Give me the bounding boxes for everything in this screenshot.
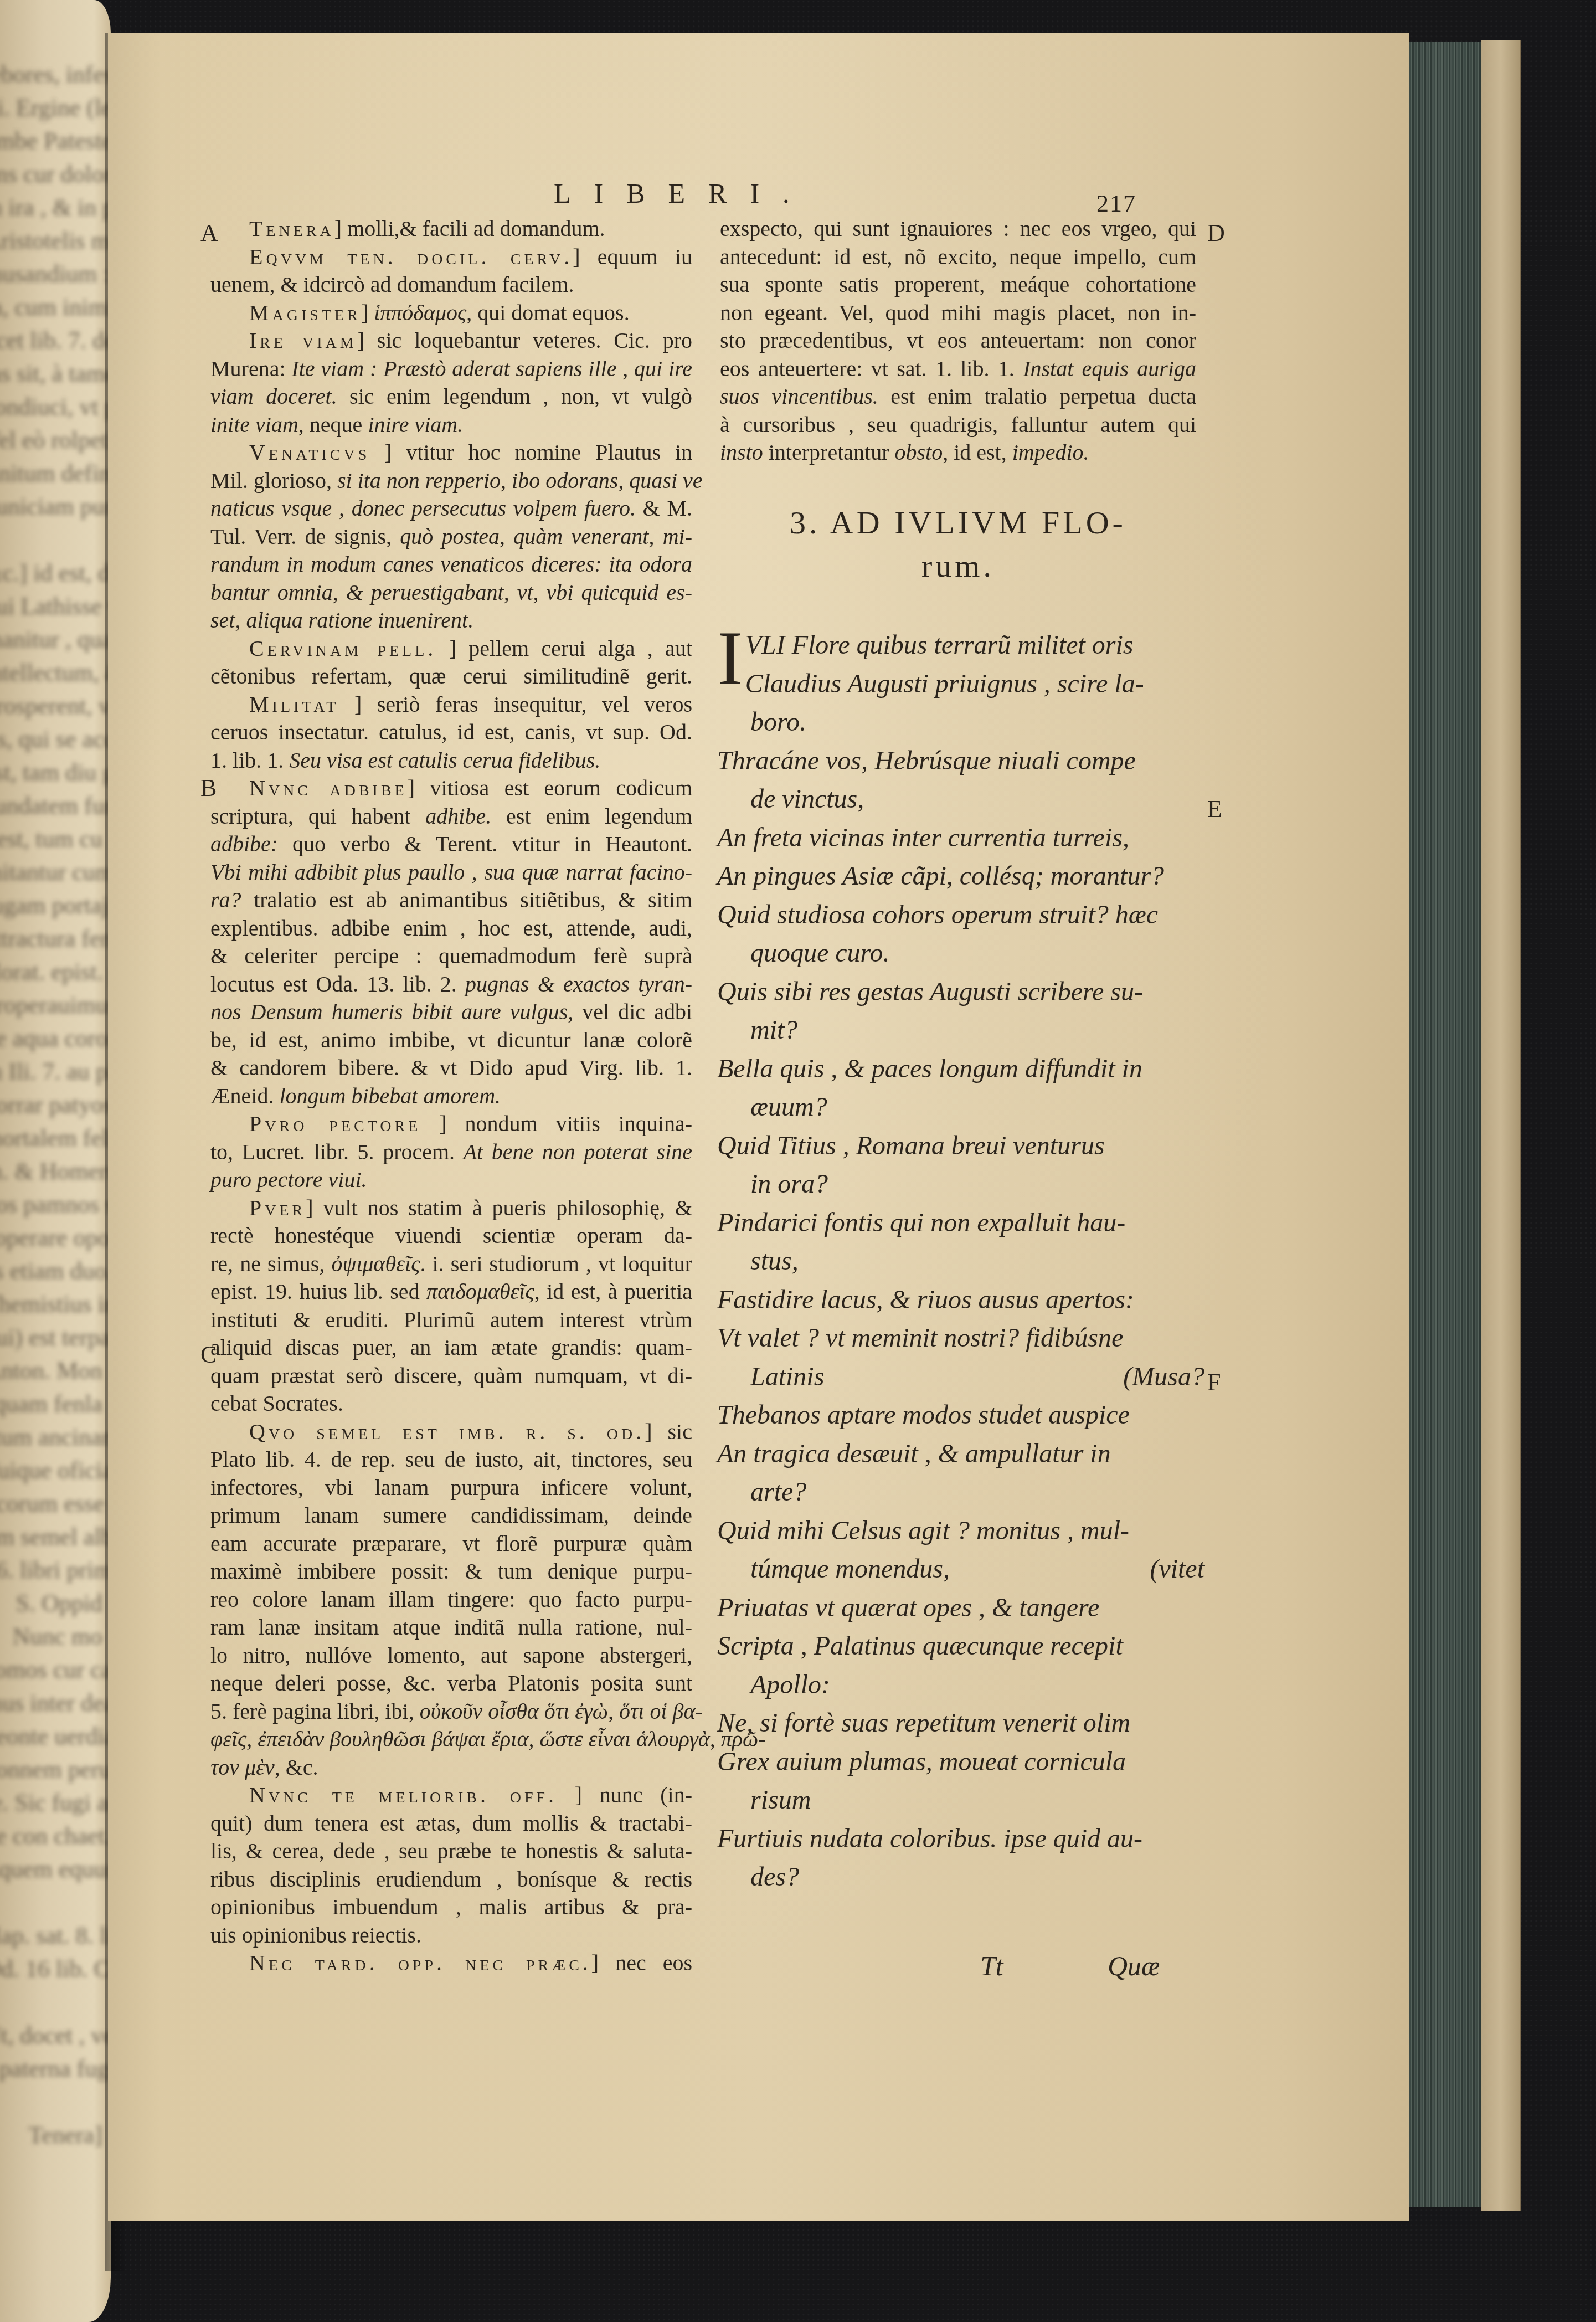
text-span: infectores, vbi lanam purpura inficere v… bbox=[210, 1475, 692, 1500]
text-span: eam accurate præparare, vt florẽ purpuræ… bbox=[210, 1531, 692, 1556]
text-span: ] nondum vitiis inquina- bbox=[421, 1111, 692, 1136]
text-span: ] vult nos statim à pueris philosophię, … bbox=[306, 1195, 692, 1220]
verse-line: arte? bbox=[717, 1473, 1204, 1512]
lemma: Militat bbox=[249, 692, 339, 717]
text-span: lis, & cerea, dede , seu præbe te honest… bbox=[210, 1838, 692, 1863]
text-line: uis opinionibus reiectis. bbox=[210, 1922, 692, 1950]
quotation: Ite viam : Præstò aderat sapiens ille , … bbox=[291, 356, 692, 381]
text-span: , id est, à pueritia bbox=[534, 1279, 692, 1304]
verse-text: Bella quis , & paces longum diffundit in bbox=[717, 1054, 1142, 1083]
text-span: scriptura, qui habent bbox=[210, 804, 425, 829]
verse-text: de vinctus, bbox=[750, 784, 864, 814]
lemma: Venaticvs bbox=[249, 440, 370, 465]
text-span: ] seriò feras insequitur, vel veros bbox=[339, 692, 692, 717]
facing-page-line bbox=[0, 1986, 102, 2019]
text-line: ribus disciplinis erudiendum , bonísque … bbox=[210, 1866, 692, 1894]
quotation: pugnas & exactos tyran- bbox=[465, 972, 692, 996]
text-span: eos anteuertere: vt sat. 1. lib. 1. bbox=[720, 356, 1023, 381]
facing-page-line: intellectum, & ina bbox=[0, 656, 102, 690]
facing-page-line: musandium : & tan bbox=[0, 258, 102, 291]
text-span: & candorem bibere. & vt Dido apud Virg. … bbox=[210, 1055, 692, 1080]
text-span: 5. ferè pagina libri, ibi, bbox=[210, 1699, 420, 1724]
verse-text: An tragica desæuit , & ampullatur in bbox=[717, 1439, 1111, 1468]
verse-text: Quid Titius , Romana breui venturus bbox=[717, 1131, 1105, 1160]
facing-page-line bbox=[0, 2085, 102, 2119]
verse-text: An freta vicinas inter currentia turreis… bbox=[717, 823, 1129, 852]
text-line: puro pectore viui. bbox=[210, 1166, 692, 1194]
text-span: opinionibus imbuendum , malis artibus & … bbox=[210, 1894, 692, 1919]
facing-page-line: um semel album id bbox=[0, 1520, 102, 1554]
facing-page-line: comos cur camdi bbox=[0, 1653, 102, 1687]
verse-line: Priuatas vt quærat opes , & tangere bbox=[717, 1589, 1204, 1627]
text-line: sua sponte satis properent, meáque cohor… bbox=[720, 271, 1196, 299]
facing-page-line: Aristotelis mult bbox=[0, 224, 102, 258]
text-line: explentibus. adbibe enim , hoc est, atte… bbox=[210, 915, 692, 943]
facing-page-line: Themistius in ore bbox=[0, 1288, 102, 1321]
text-span: , qui domat equos. bbox=[466, 300, 629, 325]
facing-page-line: lebores, infestum, bbox=[0, 58, 102, 91]
text-span: cebat Socrates. bbox=[210, 1391, 343, 1416]
text-span: vel dic adbi bbox=[573, 999, 692, 1024]
verse-text: Scripta , Palatinus quæcunque recepit bbox=[717, 1631, 1123, 1661]
text-line: Tul. Verr. de signis, quò postea, quàm v… bbox=[210, 523, 692, 551]
lemma: Magister bbox=[249, 300, 361, 325]
quotation: quò postea, quàm venerant, mi- bbox=[400, 524, 692, 549]
text-line: maximè imbibere possit: & tum denique pu… bbox=[210, 1558, 692, 1586]
verse-text: Priuatas vt quærat opes , & tangere bbox=[717, 1593, 1099, 1622]
facing-page-line: mitantur cum qua bbox=[0, 856, 102, 889]
text-span: cẽtonibus refertam, quæ cerui similitudi… bbox=[210, 664, 692, 689]
verse-line: boro. bbox=[717, 703, 1204, 742]
text-span: ceruos insectatur. catulus, id est, cani… bbox=[210, 720, 692, 744]
text-line: cebat Socrates. bbox=[210, 1390, 692, 1418]
text-line: epist. 19. huius lib. sed παιδομαθεῖς, i… bbox=[210, 1278, 692, 1306]
verse-line: æuum? bbox=[717, 1088, 1204, 1127]
text-line: insto interpretantur obsto, id est, impe… bbox=[720, 439, 1196, 467]
text-line: lis, & cerea, dede , seu præbe te honest… bbox=[210, 1837, 692, 1866]
text-span: exspecto, qui sunt ignauiores : nec eos … bbox=[720, 216, 1196, 241]
facing-page-line: Ut, docet , velle bbox=[0, 2019, 102, 2052]
facing-page-line: etum ancinam bbox=[0, 1421, 102, 1454]
text-line: Militat ] seriò feras insequitur, vel ve… bbox=[210, 691, 692, 719]
verse-line: Quis sibi res gestas Augusti scribere su… bbox=[717, 973, 1204, 1011]
text-line: Magister] ἱππόδαμος, qui domat equos. bbox=[210, 299, 692, 327]
text-span: ] vitiosa est eorum codicum bbox=[408, 775, 692, 800]
text-span: à cursoribus , seu quadrigis, falluntur … bbox=[720, 412, 1196, 437]
text-span: maximè imbibere possit: & tum denique pu… bbox=[210, 1559, 692, 1584]
text-span: rectè honestéque viuendi scientiæ operam… bbox=[210, 1223, 692, 1248]
lemma: Eqvvm ten. docil. cerv. bbox=[249, 244, 573, 269]
facing-page-line: neonte uerdia bbox=[0, 1720, 102, 1753]
verse-line: in ora? bbox=[717, 1165, 1204, 1204]
verse-text: Quid mihi Celsus agit ? monitus , mul- bbox=[717, 1516, 1129, 1545]
text-line: opinionibus imbuendum , malis artibus & … bbox=[210, 1893, 692, 1922]
facing-page-line: dorrar patyos bbox=[0, 1088, 102, 1122]
text-line: Vbi mihi adbibit plus paullo , sua quæ n… bbox=[210, 859, 692, 887]
quotation: ὀψιμαθεῖς bbox=[332, 1251, 420, 1276]
text-span: be, id est, animo imbibe, vt dicuntur la… bbox=[210, 1028, 692, 1052]
facing-page-line: est, tam diu gra bbox=[0, 756, 102, 789]
verse-line: de vinctus, bbox=[717, 780, 1204, 819]
text-span: sic enim legendum , non, vt vulgò bbox=[337, 384, 692, 409]
text-span: , &c. bbox=[275, 1755, 318, 1780]
quotation: randum in modum canes venaticos diceres:… bbox=[210, 552, 692, 577]
text-line: Plato lib. 4. de rep. seu de iusto, ait,… bbox=[210, 1446, 692, 1474]
text-line: τον μὲν, &c. bbox=[210, 1754, 692, 1782]
quotation: adhibe. bbox=[425, 804, 491, 829]
text-span: ] sic loquebantur veteres. Cic. pro bbox=[357, 328, 692, 353]
text-line: scriptura, qui habent adhibe. est enim l… bbox=[210, 803, 692, 831]
text-line: re, ne simus, ὀψιμαθεῖς. i. seri studior… bbox=[210, 1250, 692, 1278]
facing-page-line: S. Oppid bbox=[0, 1587, 102, 1620]
verse-text: in ora? bbox=[750, 1169, 828, 1199]
verse-text: An pingues Asiæ cãpi, collésq; morantur? bbox=[717, 861, 1164, 891]
text-line: set, aliqua ratione inuenirent. bbox=[210, 607, 692, 635]
text-line: & candorem bibere. & vt Dido apud Virg. … bbox=[210, 1054, 692, 1082]
text-span: neque bbox=[304, 412, 368, 437]
verse-line: quoque curo. bbox=[717, 934, 1204, 973]
text-span: & M. bbox=[636, 496, 692, 521]
text-span: Plato lib. 4. de rep. seu de iusto, ait,… bbox=[210, 1447, 692, 1472]
page-number: 217 bbox=[1096, 189, 1136, 218]
facing-page-line: properauimus, & ro bbox=[0, 989, 102, 1022]
text-line: non egeant. Vel, quod mihi magis placet,… bbox=[720, 299, 1196, 327]
text-line: Æneid. longum bibebat amorem. bbox=[210, 1082, 692, 1111]
facing-page-line: lli. Ergine (lemni bbox=[0, 91, 102, 125]
facing-page-line: &c.] id est, dum bbox=[0, 557, 102, 590]
verse-text: Thracáne vos, Hebrúsque niuali compe bbox=[717, 746, 1136, 775]
text-line: ram lanæ insitam atque inditã nulla rati… bbox=[210, 1614, 692, 1642]
text-line: neque deleri posse, &c. verba Platonis p… bbox=[210, 1669, 692, 1698]
facing-page-text: lebores, infestum,lli. Ergine (lemniombe… bbox=[0, 58, 102, 2152]
text-span: instituti & eruditi. Plurimũ autem inter… bbox=[210, 1307, 692, 1332]
facing-page-line: tis, qui se acco bbox=[0, 723, 102, 756]
facing-page-line: ne con chaet. bbox=[0, 1820, 102, 1853]
text-line: Nvnc te meliorib. off. ] nunc (in- bbox=[210, 1781, 692, 1810]
verse-line: An tragica desæuit , & ampullatur in bbox=[717, 1435, 1204, 1473]
quotation: nos Densum humeris bibit aure vulgus, bbox=[210, 999, 573, 1024]
text-line: viam doceret. sic enim legendum , non, v… bbox=[210, 383, 692, 411]
text-span: aliquid discas puer, an iam ætate grandi… bbox=[210, 1335, 692, 1360]
text-span: & celeriter percipe : quemadmodum ferè s… bbox=[210, 943, 692, 968]
facing-page-line: m ira , & in peris bbox=[0, 191, 102, 224]
verse-line: Quid Titius , Romana breui venturus bbox=[717, 1127, 1204, 1165]
verse-line: stus, bbox=[717, 1242, 1204, 1281]
lemma: Pver bbox=[249, 1195, 306, 1220]
text-line: Nec tard. opp. nec præc.] nec eos bbox=[210, 1949, 692, 1977]
text-line: ceruos insectatur. catulus, id est, cani… bbox=[210, 718, 692, 747]
verse-line: Pindarici fontis qui non expalluit hau- bbox=[717, 1204, 1204, 1242]
text-span: epist. 19. huius lib. sed bbox=[210, 1279, 426, 1304]
quotation: bantur omnia, & peruestigabant, vt, vbi … bbox=[210, 580, 692, 605]
text-line: 1. lib. 1. Seu visa est catulis cerua fi… bbox=[210, 747, 692, 775]
verse-line: An freta vicinas inter currentia turreis… bbox=[717, 819, 1204, 857]
quotation: viam doceret. bbox=[210, 384, 337, 409]
verse-text: VLI Flore quibus terrarũ militet oris bbox=[745, 630, 1134, 660]
verse-line: Grex auium plumas, moueat cornicula bbox=[717, 1743, 1204, 1781]
facing-page-line: fe. Sic fugi animum bbox=[0, 1786, 102, 1820]
quotation: longum bibebat amorem. bbox=[279, 1083, 501, 1108]
quotation: At bene non poterat sine bbox=[464, 1139, 692, 1164]
text-span: ] molli,& facili ad domandum. bbox=[334, 216, 605, 241]
text-line: & celeriter percipe : quemadmodum ferè s… bbox=[210, 942, 692, 970]
book-cover-edge bbox=[1481, 40, 1521, 2211]
text-line: Pver] vult nos statim à pueris philosoph… bbox=[210, 1194, 692, 1222]
ode-heading: 3. AD IVLIVM FLO- rum. bbox=[720, 501, 1196, 588]
verse-text: boro. bbox=[750, 707, 806, 737]
verse-text: Thebanos aptare modos studet auspice bbox=[717, 1400, 1130, 1430]
quotation: Instat equis auriga bbox=[1023, 356, 1196, 381]
verse-line: mit? bbox=[717, 1011, 1204, 1050]
text-span: est enim tralatio perpetua ducta bbox=[878, 384, 1196, 409]
text-line: be, id est, animo imbibe, vt dicuntur la… bbox=[210, 1026, 692, 1055]
verse-turnover: (vitet bbox=[1150, 1550, 1204, 1589]
lemma: Cervinam pell. bbox=[249, 636, 436, 661]
text-line: quit) dum tenera est ætas, dum mollis & … bbox=[210, 1810, 692, 1838]
quotation: ἱππόδαμος bbox=[374, 300, 466, 325]
verse-text: arte? bbox=[750, 1477, 806, 1507]
text-line: lo nitro, nullóve lomento, aut sapone ab… bbox=[210, 1642, 692, 1670]
facing-page-line: bonnem perule bbox=[0, 1753, 102, 1786]
text-span: ] sic bbox=[645, 1419, 692, 1444]
signature-mark: Tt bbox=[980, 1950, 1003, 1982]
facing-page-line: Equem equumfa bbox=[0, 1853, 102, 1886]
facing-page-line: m Ili. 7. au pine bbox=[0, 1055, 102, 1088]
facing-page-line: puniciam puniciti bbox=[0, 490, 102, 523]
facing-page-line: attractura fenitum bbox=[0, 922, 102, 955]
facing-page-line: ons cur dolorem & bbox=[0, 158, 102, 191]
facing-page-line: ombe Pateste deffinu bbox=[0, 125, 102, 158]
facing-page-line: Horat. epist. prae bbox=[0, 955, 102, 989]
text-line: Nvnc adbibe] vitiosa est eorum codicum bbox=[210, 774, 692, 803]
text-span: primum lanam sumere candidissimam, deind… bbox=[210, 1503, 692, 1528]
text-span: sto præcedentibus, vt eos anteuertam: no… bbox=[720, 328, 1196, 353]
text-line: primum lanam sumere candidissimam, deind… bbox=[210, 1502, 692, 1530]
text-line: sto præcedentibus, vt eos anteuertam: no… bbox=[720, 327, 1196, 355]
text-span: ram lanæ insitam atque inditã nulla rati… bbox=[210, 1615, 692, 1640]
commentary-left-column: Tenera] molli,& facili ad domandum.Eqvvm… bbox=[210, 215, 692, 1977]
lemma: Nvnc adbibe bbox=[249, 775, 408, 800]
text-line: adbibe: quo verbo & Terent. vtitur in He… bbox=[210, 830, 692, 859]
verse-text: Apollo: bbox=[750, 1670, 830, 1699]
text-span: Murena: bbox=[210, 356, 291, 381]
quotation: inire viam. bbox=[368, 412, 463, 437]
text-line: reo colore lanam illam tingere: quo fact… bbox=[210, 1586, 692, 1614]
text-line: Eqvvm ten. docil. cerv.] equum iu bbox=[210, 243, 692, 271]
text-span: , id est, bbox=[943, 440, 1012, 465]
quotation: suos vincentibus. bbox=[720, 384, 878, 409]
text-span: . i. seri studiorum , vt loquitur bbox=[420, 1251, 692, 1276]
quotation: impedio. bbox=[1012, 440, 1089, 465]
facing-page-line: Vel eò rolpeti bbox=[0, 424, 102, 457]
quotation: Vbi mihi adbibit plus paullo , sua quæ n… bbox=[210, 860, 692, 885]
text-line: to, Lucret. libr. 5. procem. At bene non… bbox=[210, 1138, 692, 1167]
text-span: ] nec eos bbox=[591, 1950, 692, 1975]
text-span: quam præstat serò discere, quàm numquam,… bbox=[210, 1363, 692, 1388]
text-line: quam præstat serò discere, quàm numquam,… bbox=[210, 1362, 692, 1390]
facing-page-line: tas sit, à tamen bbox=[0, 357, 102, 391]
facing-page-line: qui) est terpa bbox=[0, 1321, 102, 1354]
facing-page-line bbox=[0, 523, 102, 557]
quotation: adbibe: bbox=[210, 831, 278, 856]
facing-page-line: ra, cum inimicitiz bbox=[0, 291, 102, 324]
text-line: Cervinam pell. ] pellem cerui alga , aut bbox=[210, 635, 692, 663]
verse-line: Latinis(Musa? bbox=[717, 1358, 1204, 1396]
text-line: ra? tralatio est ab animantibus sitiẽtib… bbox=[210, 886, 692, 915]
verse-line: Apollo: bbox=[717, 1666, 1204, 1704]
quotation: Seu visa est catulis cerua fidelibus. bbox=[289, 748, 600, 773]
text-span: reo colore lanam illam tingere: quo fact… bbox=[210, 1587, 692, 1612]
text-line: Tenera] molli,& facili ad domandum. bbox=[210, 215, 692, 243]
text-line: antecedunt: id est, nõ excito, neque imp… bbox=[720, 243, 1196, 271]
text-line: Mil. glorioso, si ita non repperio, ibo … bbox=[210, 467, 692, 495]
quotation: si ita non repperio, ibo odorans, quasi … bbox=[337, 468, 703, 493]
text-line: bantur omnia, & peruestigabant, vt, vbi … bbox=[210, 579, 692, 607]
text-line: suos vincentibus. est enim tralatio perp… bbox=[720, 383, 1196, 411]
text-span: quo verbo & Terent. vtitur in Heautont. bbox=[278, 831, 692, 856]
text-span: quit) dum tenera est ætas, dum mollis & … bbox=[210, 1811, 692, 1836]
text-span: ] vtitur hoc nomine Plautus in bbox=[370, 440, 692, 465]
facing-page-line: mortalem felix bbox=[0, 1122, 102, 1155]
verse-line: Ne, si fortè suas repetitum venerit olim bbox=[717, 1704, 1204, 1743]
quotation: ra? bbox=[210, 887, 241, 912]
text-span: to, Lucret. libr. 5. procem. bbox=[210, 1139, 464, 1164]
text-span: ] pellem cerui alga , aut bbox=[436, 636, 692, 661]
text-span: uenem, & idcircò ad domandum facilem. bbox=[210, 272, 574, 297]
text-span: locutus est Oda. 13. lib. 2. bbox=[210, 972, 465, 996]
lemma: Nvnc te meliorib. off. bbox=[249, 1782, 557, 1807]
facing-page-line bbox=[0, 1886, 102, 1919]
facing-page-line: 16. libri primi bbox=[0, 1554, 102, 1587]
facing-page-line: s paterna fugere bbox=[0, 2052, 102, 2085]
verse-line: Claudius Augusti priuignus , scire la- bbox=[717, 665, 1204, 703]
facing-page-line: manitur , quam ipse bbox=[0, 623, 102, 656]
quotation: οὐκοῦν οἶσθα ὅτι ἐγὼ, ὅτι οἱ βα- bbox=[420, 1699, 703, 1724]
verse-text: quoque curo. bbox=[750, 938, 890, 968]
text-span: tralatio est ab animantibus sitiẽtibus, … bbox=[241, 887, 692, 912]
quotation: set, aliqua ratione inuenirent. bbox=[210, 608, 473, 633]
verse-text: Grex auium plumas, moueat cornicula bbox=[717, 1747, 1126, 1776]
verse-text: Quid studiosa cohors operum struit? hæc bbox=[717, 900, 1158, 929]
facing-page-line: prosperent, vt ani bbox=[0, 690, 102, 723]
facing-page-line: Hap. sat. 8. lib. 1 bbox=[0, 1919, 102, 1953]
facing-page-line: ocet lib. 7. de no bbox=[0, 324, 102, 357]
text-span: ] nunc (in- bbox=[557, 1782, 692, 1807]
verse-text: Claudius Augusti priuignus , scire la- bbox=[745, 669, 1144, 698]
verse-line: des? bbox=[717, 1858, 1204, 1897]
text-span: non egeant. Vel, quod mihi magis placet,… bbox=[720, 300, 1196, 325]
facing-page-line: es etiam duo. bbox=[0, 1255, 102, 1288]
text-line: infectores, vbi lanam purpura inficere v… bbox=[210, 1474, 692, 1502]
text-line: rectè honestéque viuendi scientiæ operam… bbox=[210, 1222, 692, 1250]
margin-letter-e: E bbox=[1207, 795, 1222, 823]
text-span: Mil. glorioso, bbox=[210, 468, 337, 493]
fore-edge bbox=[1409, 42, 1481, 2207]
verse-text: túmque monendus, bbox=[750, 1554, 950, 1584]
verse-line: Bella quis , & paces longum diffundit in bbox=[717, 1050, 1204, 1088]
text-span: uis opinionibus reiectis. bbox=[210, 1923, 421, 1948]
verse-line: túmque monendus,(vitet bbox=[717, 1550, 1204, 1589]
text-line: Pvro pectore ] nondum vitiis inquina- bbox=[210, 1110, 692, 1138]
facing-page-line: condiuci, vt paruab bbox=[0, 391, 102, 424]
verse-line: Vt valet ? vt meminit nostri? fidibúsne bbox=[717, 1319, 1204, 1358]
quotation: παιδομαθεῖς bbox=[426, 1279, 534, 1304]
margin-letter-f: F bbox=[1207, 1368, 1221, 1396]
text-span: 1. lib. 1. bbox=[210, 748, 289, 773]
facing-page-line: qui Lathisse videtur bbox=[0, 590, 102, 623]
verse-line: An pingues Asiæ cãpi, collésq; morantur? bbox=[717, 857, 1204, 896]
verse-line: Quid studiosa cohors operum struit? hæc bbox=[717, 896, 1204, 934]
verse-line: Fastidire lacus, & riuos ausus apertos: bbox=[717, 1281, 1204, 1319]
text-span: neque deleri posse, &c. verba Platonis p… bbox=[210, 1671, 692, 1696]
verse-line: Thracáne vos, Hebrúsque niuali compe bbox=[717, 742, 1204, 780]
verse-text: Quis sibi res gestas Augusti scribere su… bbox=[717, 977, 1143, 1006]
text-line: cẽtonibus refertam, quæ cerui similitudi… bbox=[210, 662, 692, 691]
verse-line: Scripta , Palatinus quæcunque recepit bbox=[717, 1627, 1204, 1666]
facing-page-line: ncorum esse infini bbox=[0, 1487, 102, 1520]
verse-text: Pindarici fontis qui non expalluit hau- bbox=[717, 1208, 1125, 1237]
facing-page-line: finitum definienti bbox=[0, 457, 102, 490]
verse-text: des? bbox=[750, 1862, 799, 1892]
verse-text: Furtiuis nudata coloribus. ipse quid au- bbox=[717, 1824, 1142, 1853]
verse-text: mit? bbox=[750, 1015, 797, 1045]
text-line: nos Densum humeris bibit aure vulgus, ve… bbox=[210, 998, 692, 1026]
verse-text: risum bbox=[750, 1785, 811, 1815]
margin-letter-d: D bbox=[1207, 219, 1225, 247]
facing-page: lebores, infestum,lli. Ergine (lemniombe… bbox=[0, 0, 111, 2322]
ode-heading-line-2: rum. bbox=[720, 544, 1196, 588]
facing-page-line: cundatem funem bbox=[0, 789, 102, 823]
facing-page-line: Tenera] bbox=[0, 2119, 102, 2152]
drop-cap: I bbox=[717, 628, 743, 689]
verse-text: stus, bbox=[750, 1246, 799, 1276]
verse-turnover: (Musa? bbox=[1123, 1358, 1204, 1396]
lemma: Tenera bbox=[249, 216, 334, 241]
verse-line: risum bbox=[717, 1781, 1204, 1820]
facing-page-line: m. & Homerus bbox=[0, 1155, 102, 1188]
quotation: puro pectore viui. bbox=[210, 1167, 367, 1192]
facing-page-line: Od. 16 lib. Con bbox=[0, 1953, 102, 1986]
text-line: eam accurate præparare, vt florẽ purpuræ… bbox=[210, 1530, 692, 1558]
facing-page-line: mus inter dea bbox=[0, 1687, 102, 1720]
text-line: instituti & eruditi. Plurimũ autem inter… bbox=[210, 1306, 692, 1334]
lemma: Nec tard. opp. nec præc. bbox=[249, 1950, 591, 1975]
text-line: uenem, & idcircò ad domandum facilem. bbox=[210, 271, 692, 299]
text-line: aliquid discas puer, an iam ætate grandi… bbox=[210, 1334, 692, 1362]
verse-text: Vt valet ? vt meminit nostri? fidibúsne bbox=[717, 1323, 1123, 1353]
facing-page-line: Tuique oficia bbox=[0, 1454, 102, 1487]
lemma: Pvro pectore bbox=[249, 1111, 421, 1136]
text-line: à cursoribus , seu quadrigis, falluntur … bbox=[720, 411, 1196, 439]
quotation: naticus vsque , donec persecutus volpem … bbox=[210, 496, 636, 521]
text-span: sua sponte satis properent, meáque cohor… bbox=[720, 272, 1196, 297]
text-line: φεῖς, ἐπειδὰν βουληθῶσι βάψαι ἔρια, ὥστε… bbox=[210, 1725, 692, 1754]
text-span: antecedunt: id est, nõ excito, neque imp… bbox=[720, 244, 1196, 269]
verse-line: Thebanos aptare modos studet auspice bbox=[717, 1396, 1204, 1435]
ode-heading-line-1: 3. AD IVLIVM FLO- bbox=[720, 501, 1196, 544]
facing-page-line: fugam portaj bbox=[0, 889, 102, 922]
text-line: Venaticvs ] vtitur hoc nomine Plautus in bbox=[210, 439, 692, 467]
verse-line: Quid mihi Celsus agit ? monitus , mul- bbox=[717, 1512, 1204, 1550]
facing-page-line: Nunc mo bbox=[0, 1620, 102, 1653]
text-span: Æneid. bbox=[210, 1083, 279, 1108]
text-line: inite viam, neque inire viam. bbox=[210, 411, 692, 439]
text-span: ] equum iu bbox=[573, 244, 692, 269]
text-span: ] bbox=[361, 300, 374, 325]
text-line: Murena: Ite viam : Præstò aderat sapiens… bbox=[210, 355, 692, 383]
text-line: randum in modum canes venaticos diceres:… bbox=[210, 551, 692, 579]
text-line: locutus est Oda. 13. lib. 2. pugnas & ex… bbox=[210, 970, 692, 999]
